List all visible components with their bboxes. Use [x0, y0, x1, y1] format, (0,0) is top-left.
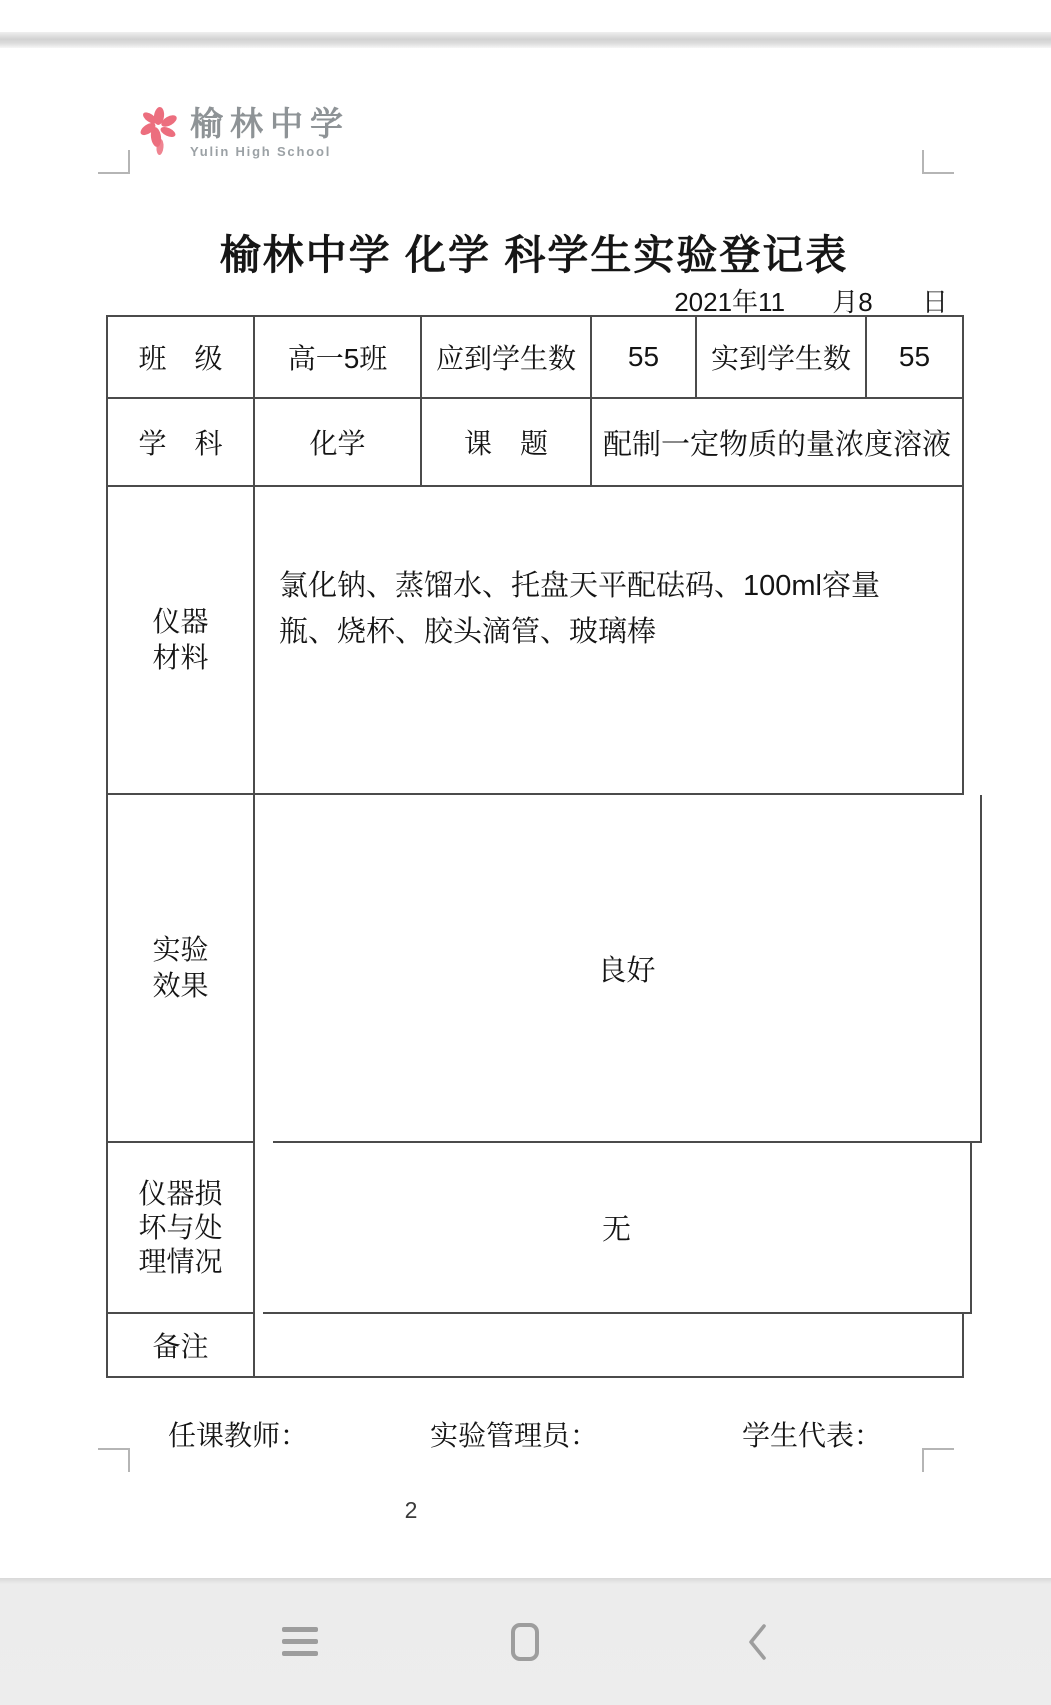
page-corner-mark-bottom-left	[98, 1448, 130, 1472]
materials-label-line1: 仪器	[152, 604, 208, 640]
date-day: 日	[922, 282, 948, 319]
home-square-icon	[511, 1623, 539, 1661]
actual-students-value-cell: 55	[867, 317, 964, 399]
expected-students-value-cell: 55	[592, 317, 697, 399]
student-rep-signature-label: 学生代表：	[742, 1414, 882, 1454]
toolbar-shadow-stripe	[0, 32, 1051, 48]
class-value-cell: 高一5班	[255, 317, 422, 399]
document-title: 榆林中学 化学 科学生实验登记表	[106, 222, 962, 281]
page-corner-mark-top-right	[922, 150, 954, 174]
effect-label-line2: 效果	[152, 968, 208, 1004]
home-button[interactable]	[445, 1578, 605, 1705]
actual-students-label-cell: 实到学生数	[697, 317, 867, 399]
topic-value-cell: 配制一定物质的量浓度溶液	[592, 399, 964, 487]
school-name-cn: 榆林中学	[190, 106, 350, 142]
flower-logo-icon	[138, 106, 180, 156]
effect-label-cell: 实验 效果	[108, 795, 255, 1143]
subject-value-cell: 化学	[255, 399, 422, 487]
page-number: 2	[396, 1497, 426, 1524]
phone-screen: 榆林中学 Yulin High School 榆林中学 化学 科学生实验登记表 …	[0, 0, 1051, 1705]
back-chevron-icon	[745, 1622, 771, 1662]
date-year-month: 2021年11	[674, 282, 785, 319]
school-logo: 榆林中学 Yulin High School	[138, 106, 350, 159]
materials-label-line2: 材料	[152, 640, 208, 676]
remark-label-cell: 备注	[108, 1314, 255, 1378]
experiment-registration-table: 班 级 高一5班 应到学生数 55 实到学生数 55 学 科 化学 课 题 配制…	[106, 315, 964, 1378]
damage-content-cell: 无	[263, 1143, 972, 1314]
page-corner-mark-top-left	[98, 150, 130, 174]
remark-content-cell	[255, 1314, 964, 1378]
expected-students-label-cell: 应到学生数	[422, 317, 592, 399]
page-corner-mark-bottom-right	[922, 1448, 954, 1472]
menu-button[interactable]	[220, 1578, 380, 1705]
android-nav-bar	[0, 1578, 1051, 1705]
damage-label-cell: 仪器损 坏与处 理情况	[108, 1143, 255, 1314]
materials-content-cell: 氯化钠、蒸馏水、托盘天平配砝码、100ml容量瓶、烧杯、胶头滴管、玻璃棒	[255, 487, 964, 795]
back-button[interactable]	[678, 1578, 838, 1705]
subject-label-cell: 学 科	[108, 399, 255, 487]
effect-content-cell: 良好	[273, 795, 982, 1143]
document-date: 2021年11 月8 日	[0, 282, 948, 319]
logo-text-block: 榆林中学 Yulin High School	[190, 106, 350, 159]
school-name-en: Yulin High School	[190, 144, 350, 159]
damage-label-line3: 理情况	[138, 1245, 222, 1279]
lab-manager-signature-label: 实验管理员：	[430, 1414, 598, 1454]
class-label-cell: 班 级	[108, 317, 255, 399]
effect-label-line1: 实验	[152, 932, 208, 968]
damage-label-line2: 坏与处	[138, 1211, 222, 1245]
teacher-signature-label: 任课教师：	[168, 1414, 308, 1454]
hamburger-menu-icon	[282, 1624, 318, 1660]
topic-label-cell: 课 题	[422, 399, 592, 487]
damage-label-line1: 仪器损	[138, 1177, 222, 1211]
materials-label-cell: 仪器 材料	[108, 487, 255, 795]
date-month-day: 月8	[832, 282, 872, 319]
